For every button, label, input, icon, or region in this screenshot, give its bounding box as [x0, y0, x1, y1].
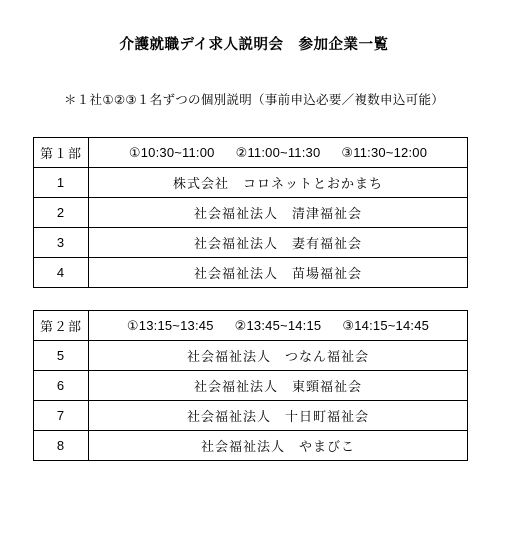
time-slot-1: ①10:30~11:00	[129, 145, 215, 161]
row-number: 1	[34, 168, 89, 198]
row-number: 2	[34, 198, 89, 228]
table-row: 4 社会福祉法人 苗場福祉会	[34, 258, 468, 288]
company-name: 社会福祉法人 苗場福祉会	[89, 258, 468, 288]
table-row: 6 社会福祉法人 東頸福祉会	[34, 371, 468, 401]
session-2-times: ①13:15~13:45 ②13:45~14:15 ③14:15~14:45	[89, 311, 468, 341]
row-number: 4	[34, 258, 89, 288]
document-page: { "page": { "title": "介護就職デイ求人説明会 参加企業一覧…	[0, 0, 508, 536]
note-text: ＊１社①②③１名ずつの個別説明（事前申込必要／複数申込可能）	[0, 90, 508, 108]
table-row: 5 社会福祉法人 つなん福祉会	[34, 341, 468, 371]
time-slot-2: ②11:00~11:30	[236, 145, 321, 161]
session-1-label: 第１部	[34, 138, 89, 168]
row-number: 5	[34, 341, 89, 371]
session-2-table: 第２部 ①13:15~13:45 ②13:45~14:15 ③14:15~14:…	[33, 310, 468, 461]
company-name: 社会福祉法人 十日町福祉会	[89, 401, 468, 431]
session-2-header-row: 第２部 ①13:15~13:45 ②13:45~14:15 ③14:15~14:…	[34, 311, 468, 341]
row-number: 7	[34, 401, 89, 431]
table-row: 1 株式会社 コロネットとおかまち	[34, 168, 468, 198]
table-row: 2 社会福祉法人 清津福祉会	[34, 198, 468, 228]
table-row: 7 社会福祉法人 十日町福祉会	[34, 401, 468, 431]
row-number: 3	[34, 228, 89, 258]
page-title: 介護就職デイ求人説明会 参加企業一覧	[0, 33, 508, 54]
company-name: 社会福祉法人 清津福祉会	[89, 198, 468, 228]
table-row: 3 社会福祉法人 妻有福祉会	[34, 228, 468, 258]
time-slot-3: ③11:30~12:00	[341, 145, 427, 161]
company-name: 社会福祉法人 妻有福祉会	[89, 228, 468, 258]
table-row: 8 社会福祉法人 やまびこ	[34, 431, 468, 461]
company-name: 株式会社 コロネットとおかまち	[89, 168, 468, 198]
session-1-times: ①10:30~11:00 ②11:00~11:30 ③11:30~12:00	[89, 138, 468, 168]
company-name: 社会福祉法人 やまびこ	[89, 431, 468, 461]
time-slot-2: ②13:45~14:15	[235, 318, 322, 334]
row-number: 6	[34, 371, 89, 401]
session-2-label: 第２部	[34, 311, 89, 341]
time-slot-3: ③14:15~14:45	[342, 318, 429, 334]
session-1-header-row: 第１部 ①10:30~11:00 ②11:00~11:30 ③11:30~12:…	[34, 138, 468, 168]
row-number: 8	[34, 431, 89, 461]
company-name: 社会福祉法人 東頸福祉会	[89, 371, 468, 401]
company-name: 社会福祉法人 つなん福祉会	[89, 341, 468, 371]
time-slot-1: ①13:15~13:45	[127, 318, 214, 334]
session-1-table: 第１部 ①10:30~11:00 ②11:00~11:30 ③11:30~12:…	[33, 137, 468, 288]
